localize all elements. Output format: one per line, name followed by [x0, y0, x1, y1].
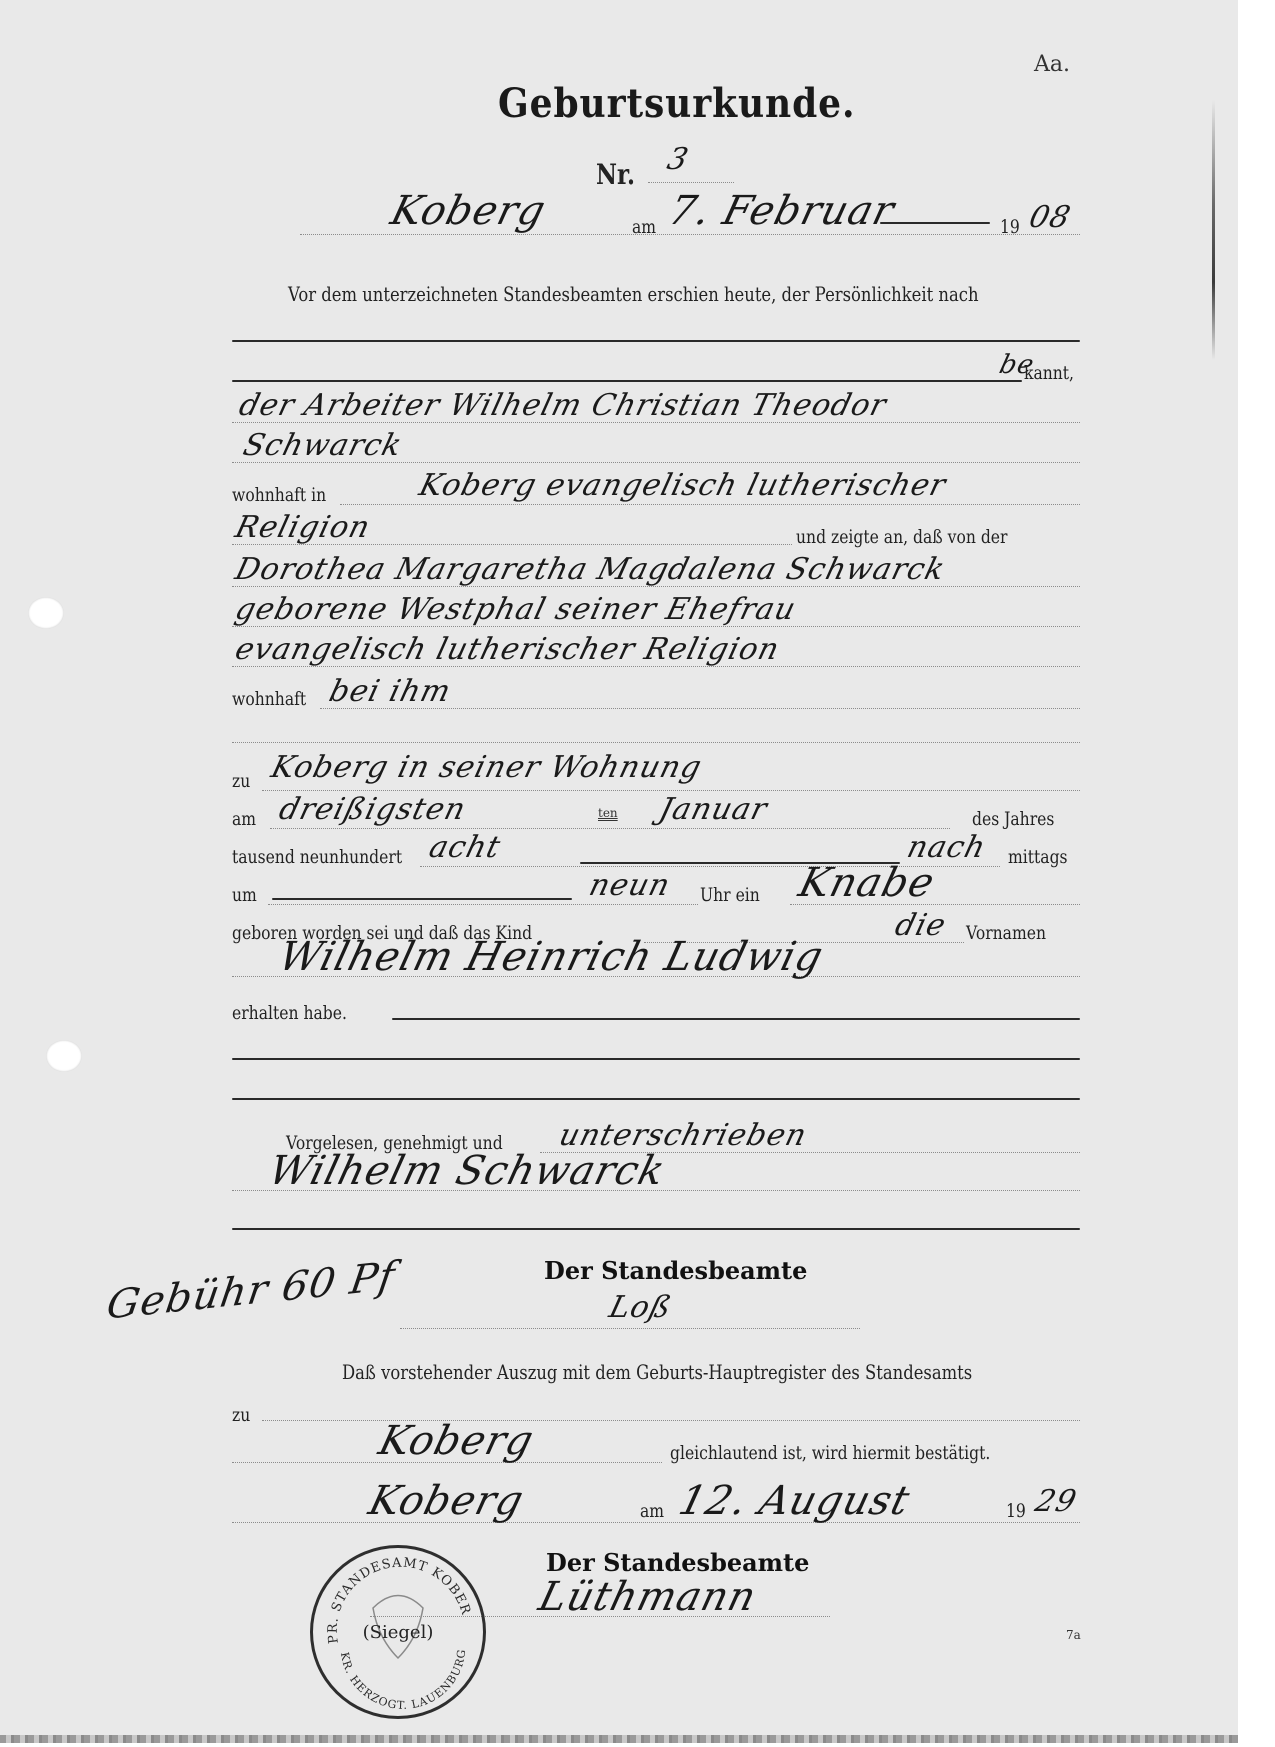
mother-residence-label: wohnhaft — [232, 688, 306, 710]
birth-day: dreißigsten — [276, 792, 470, 827]
entry-line — [232, 742, 1080, 743]
declarant-name: der Arbeiter Wilhelm Christian Theodor — [236, 388, 891, 423]
issue-year-prefix: 19 — [1006, 1500, 1026, 1522]
certification-text: Daß vorstehender Auszug mit dem Geburts-… — [342, 1360, 972, 1384]
number-line — [648, 182, 734, 183]
child-first-names: Wilhelm Heinrich Ludwig — [274, 934, 828, 980]
year-prefix: 19 — [1000, 216, 1020, 238]
signature-line — [400, 1328, 860, 1329]
intro-text: Vor dem unterzeichneten Standesbeamten e… — [288, 282, 979, 306]
entry-line — [232, 1522, 1080, 1523]
entry-line — [262, 790, 1080, 791]
registration-place: Koberg — [386, 188, 550, 234]
residence-label: wohnhaft in — [232, 484, 326, 506]
ink-stroke — [880, 222, 990, 224]
received-label: erhalten habe. — [232, 1002, 347, 1024]
ink-stroke — [232, 380, 1022, 382]
first-names-label: Vornamen — [966, 922, 1046, 944]
ink-stroke — [232, 1228, 1080, 1230]
clock-label: Uhr ein — [700, 884, 760, 906]
birth-place-label: zu — [232, 770, 250, 792]
reported-text: und zeigte an, daß von der — [796, 526, 1007, 548]
entry-line — [268, 904, 698, 905]
form-reference-bottom: 7a — [1066, 1628, 1081, 1642]
declarant-residence: Koberg evangelisch lutherischer — [416, 468, 950, 503]
mother-name: Dorothea Margaretha Magdalena Schwarck — [232, 552, 949, 587]
child-gender: Knabe — [794, 860, 939, 906]
issue-place: Koberg — [364, 1478, 528, 1524]
ink-stroke — [232, 340, 1080, 342]
certification-zu-label: zu — [232, 1404, 250, 1426]
issue-am-label: am — [640, 1500, 664, 1522]
ink-stroke — [392, 1018, 1080, 1020]
birth-hour: neun — [586, 868, 674, 903]
svg-text:KR. HERZOGT. LAUENBURG: KR. HERZOGT. LAUENBURG — [338, 1648, 469, 1712]
declarant-surname: Schwarck — [240, 428, 406, 463]
registrar-signature: Loß — [606, 1290, 676, 1325]
declarant-religion: Religion — [232, 510, 374, 545]
mother-residence: bei ihm — [326, 674, 455, 709]
punch-hole-icon — [46, 1040, 82, 1072]
mother-religion: evangelisch lutherischer Religion — [232, 632, 784, 667]
ink-stroke — [272, 898, 572, 900]
place-date-line — [300, 234, 1080, 235]
child-article: die — [892, 908, 950, 943]
day-suffix: ten — [598, 806, 618, 820]
page-bottom-edge — [0, 1735, 1238, 1743]
birth-place: Koberg in seiner Wohnung — [268, 750, 706, 785]
ink-stroke — [232, 1058, 1080, 1060]
entry-line — [340, 504, 1080, 505]
document-title: Geburtsurkunde. — [498, 80, 855, 127]
ink-stroke — [232, 1098, 1080, 1100]
birth-year: acht — [426, 830, 505, 865]
thousand-label: tausend neunhundert — [232, 846, 402, 868]
official-seal: PR. STANDESAMT KOBERG KR. HERZOGT. LAUEN… — [310, 1545, 486, 1719]
registrar-heading: Der Standesbeamte — [544, 1256, 807, 1285]
mother-maiden-name: geborene Westphal seiner Ehefrau — [232, 592, 800, 627]
registrar-signature-2: Lüthmann — [534, 1574, 761, 1620]
midday-label: mittags — [1008, 846, 1068, 868]
margin-crease — [1212, 100, 1215, 360]
um-label: um — [232, 884, 257, 906]
known-label: kannt, — [1024, 362, 1074, 384]
birth-date-label: am — [232, 808, 256, 830]
form-reference-top: Aa. — [1034, 52, 1070, 77]
entry-line — [270, 828, 950, 829]
issue-date: 12. August — [674, 1478, 914, 1524]
certification-place: Koberg — [374, 1418, 538, 1464]
seal-bottom-text: KR. HERZOGT. LAUENBURG — [338, 1648, 469, 1712]
registration-date: 7. Februar — [664, 188, 899, 234]
declarant-signature: Wilhelm Schwarck — [264, 1148, 670, 1194]
punch-hole-icon — [28, 597, 64, 629]
seal-center-text: (Siegel) — [313, 1622, 483, 1643]
birth-month: Januar — [656, 792, 772, 827]
registrar-heading-2: Der Standesbeamte — [546, 1548, 809, 1577]
certification-tail: gleichlautend ist, wird hiermit bestätig… — [670, 1442, 990, 1464]
number-label: Nr. — [596, 158, 635, 191]
year-label: des Jahres — [972, 808, 1054, 830]
am-label: am — [632, 216, 656, 238]
